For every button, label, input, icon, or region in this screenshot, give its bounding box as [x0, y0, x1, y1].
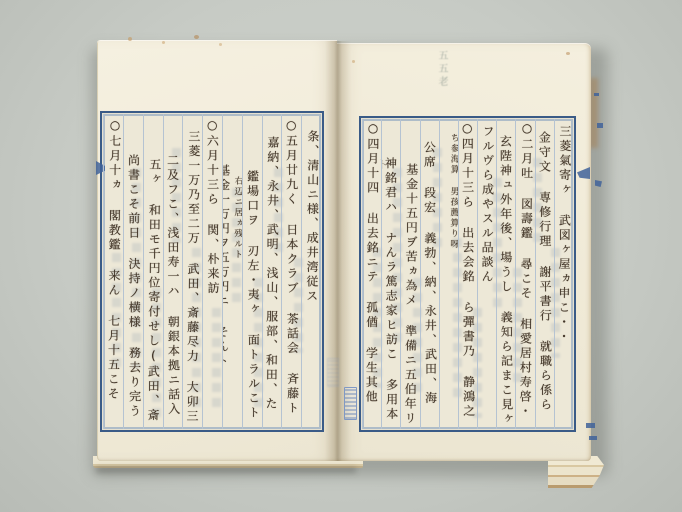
seal-show-through [327, 358, 339, 387]
text-column: 玄陛神ュ外年後、場うし 義知ら記まこ見ヶ大其 [496, 119, 515, 429]
foxing-stain [566, 52, 570, 55]
foxing-stain [352, 60, 355, 63]
under-page-shadow [96, 467, 356, 473]
fore-edge-blue-mark [594, 93, 599, 96]
text-column: 神銘君ハ ナんラ篤志家ヒ訪こ 多用本人ニ洛スこ [381, 119, 400, 429]
text-column: 三菱氣寄ヶ 武図ヶ屋ヵ申こ・・ [554, 119, 573, 429]
foxing-stain [219, 43, 222, 46]
text-column: ○六月十三ら 関、朴来訪 [202, 114, 222, 429]
right-page-ruled-frame: 三菱氣寄ヶ 武図ヶ屋ヵ申こ・・ 金守文 専修行理 謝平書行 就職ら係ら ○二月吐… [359, 116, 576, 432]
fore-edge-blue-mark [597, 123, 603, 128]
text-column: 尚書こそ前日 決持ノ横様 務去り完うこ [123, 114, 143, 429]
left-page-columns: 条、清山ニ様、成井湾従ス ○五月廿九く 日本クラブ 茶話会 斉藤ト多勢瓦落 全 … [103, 114, 321, 429]
foxing-stain [128, 37, 132, 41]
foxing-stain [194, 35, 199, 39]
text-column: ち参海算 男孩薦算り呀 [439, 119, 458, 429]
text-column: フルヴら成やスル品談ん [477, 119, 496, 429]
text-column: 基金十五円ヺ苦ヵ為メ 準備ニ五伯年リ不ト [400, 119, 419, 429]
text-column: 右辺ニ居ヵ残ルト基金一万円ヲ五万円ニ そんト [222, 114, 242, 429]
text-column: 鑑場口ヲ 刃左・夷ヶ 面トラルこト [242, 114, 262, 429]
text-column: ○七月十ヵ 閣教鑑 来ん 七月十五こそ 啓候辞れ号 [103, 114, 123, 429]
text-column: 五ヶ 和田モ千円位寄付せし(武田、斎こそ) [143, 114, 163, 429]
text-column: 二及フこ、浅田寿一ハ 朝銀本拠ニ話入つこ [163, 114, 183, 429]
fore-edge-blue-mark [586, 423, 595, 428]
left-page-ruled-frame: 条、清山ニ様、成井湾従ス ○五月廿九く 日本クラブ 茶話会 斉藤ト多勢瓦落 全 … [100, 111, 324, 432]
text-column: 嘉納、永井、武明、浅山、服部、和田、た内、河井 等 [262, 114, 282, 429]
photo-backdrop: 条、清山ニ様、成井湾従ス ○五月廿九く 日本クラブ 茶話会 斉藤ト多勢瓦落 全 … [0, 0, 682, 512]
foxing-stain [162, 41, 165, 44]
fore-edge-blue-mark [589, 436, 597, 440]
text-column: 三菱一万乃至二万 武田、斎藤尽力 大卯三升 [182, 114, 202, 429]
text-column: 金守文 専修行理 謝平書行 就職ら係ら [535, 119, 554, 429]
text-column: 公席 段宏 義勃、納、永井、武田、海田、岡、村、狐ヌ [420, 119, 439, 429]
text-column: 条、清山ニ様、成井湾従ス [301, 114, 321, 429]
text-column: ○五月廿九く 日本クラブ 茶話会 斉藤ト多勢瓦落 全 [281, 114, 301, 429]
blue-collection-seal-stamp [344, 387, 357, 420]
right-page-columns: 三菱氣寄ヶ 武図ヶ屋ヵ申こ・・ 金守文 専修行理 謝平書行 就職ら係ら ○二月吐… [362, 119, 573, 429]
pencil-margin-note: 五五老 [434, 50, 449, 89]
text-column: ○四月十四 出去銘ニテ 孤偤 学生其他 約二十名 [362, 119, 381, 429]
text-column: ○二月吐 図壽鑑 尋こそ 相愛居村寿啓・こそ諸ん [515, 119, 534, 429]
text-column: ○四月十三ら 出去会銘 ら彈書乃 静鴻之会 王 [458, 119, 477, 429]
